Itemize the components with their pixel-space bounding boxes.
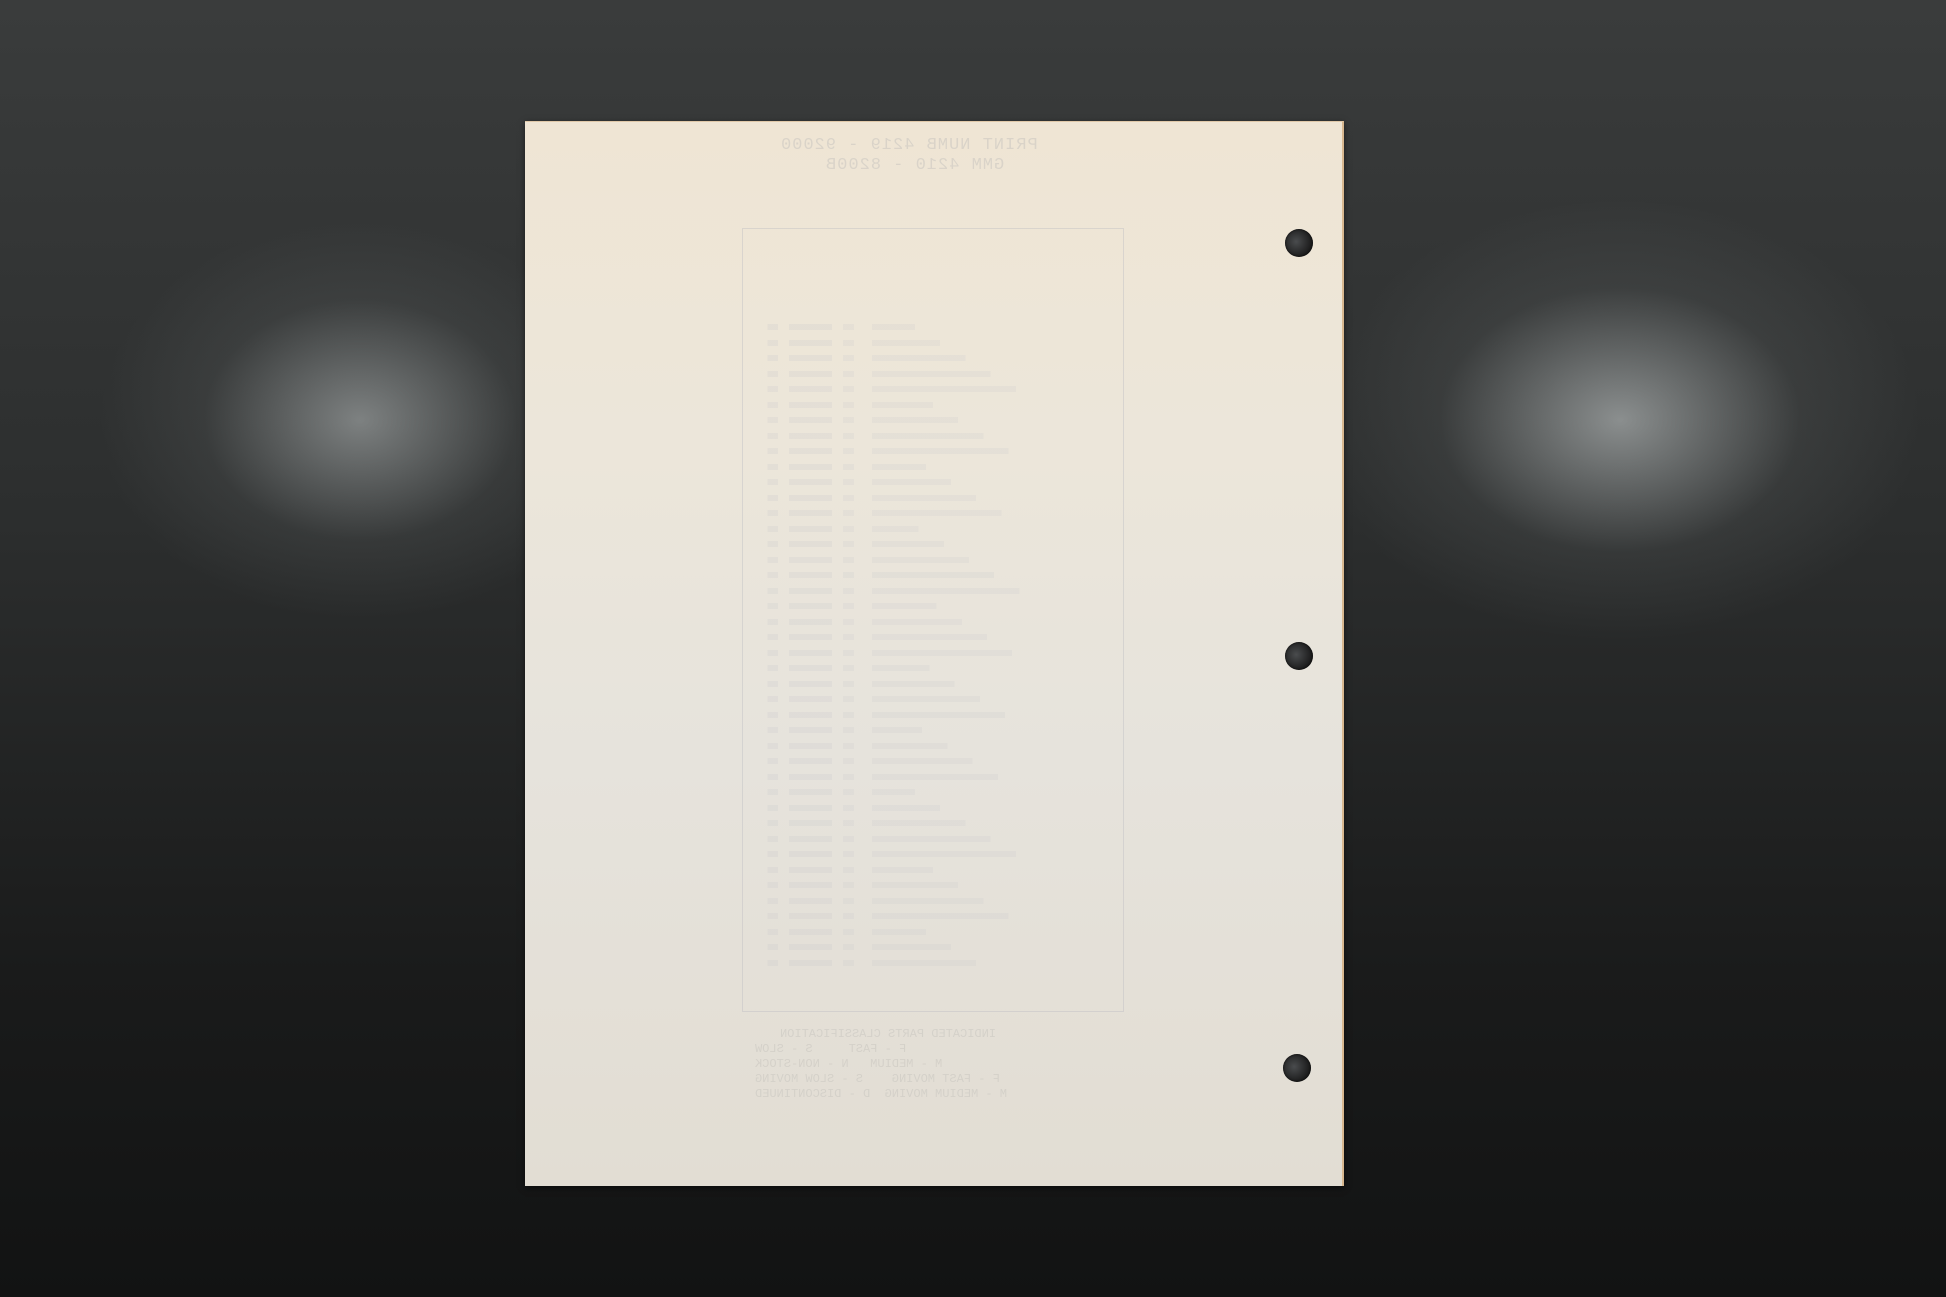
show-through-legend-line-5: M - MEDIUM MOVING D - DISCONTINUED bbox=[755, 1087, 1007, 1101]
show-through-row bbox=[753, 846, 1113, 862]
show-through-row bbox=[753, 831, 1113, 847]
show-through-row bbox=[753, 412, 1113, 428]
show-through-row bbox=[753, 924, 1113, 940]
show-through-row bbox=[753, 366, 1113, 382]
show-through-parts-table bbox=[742, 228, 1124, 1012]
show-through-row bbox=[753, 676, 1113, 692]
show-through-row bbox=[753, 567, 1113, 583]
show-through-row bbox=[753, 490, 1113, 506]
show-through-legend-line-1: INDICATED PARTS CLASSIFICATION bbox=[780, 1027, 996, 1041]
show-through-row bbox=[753, 722, 1113, 738]
show-through-row bbox=[753, 645, 1113, 661]
show-through-row bbox=[753, 908, 1113, 924]
show-through-row bbox=[753, 474, 1113, 490]
show-through-row bbox=[753, 443, 1113, 459]
show-through-row bbox=[753, 614, 1113, 630]
show-through-row bbox=[753, 800, 1113, 816]
show-through-legend-line-4: F - FAST MOVING S - SLOW MOVING bbox=[755, 1072, 1000, 1086]
show-through-row bbox=[753, 536, 1113, 552]
show-through-row bbox=[753, 381, 1113, 397]
show-through-row bbox=[753, 505, 1113, 521]
show-through-row bbox=[753, 459, 1113, 475]
show-through-row bbox=[753, 753, 1113, 769]
show-through-row bbox=[753, 583, 1113, 599]
punch-hole-middle bbox=[1285, 642, 1313, 670]
show-through-row bbox=[753, 319, 1113, 335]
show-through-row bbox=[753, 784, 1113, 800]
show-through-legend-line-3: M - MEDIUM N - NON-STOCK bbox=[755, 1057, 942, 1071]
show-through-row bbox=[753, 552, 1113, 568]
show-through-row bbox=[753, 350, 1113, 366]
show-through-row bbox=[753, 691, 1113, 707]
show-through-row bbox=[753, 877, 1113, 893]
show-through-row bbox=[753, 893, 1113, 909]
show-through-row bbox=[753, 660, 1113, 676]
show-through-row bbox=[753, 598, 1113, 614]
show-through-row bbox=[753, 521, 1113, 537]
show-through-row bbox=[753, 862, 1113, 878]
show-through-row bbox=[753, 815, 1113, 831]
show-through-row bbox=[753, 738, 1113, 754]
show-through-title-line-1: PRINT NUMB 4219 - 92000 bbox=[780, 136, 1038, 155]
punch-hole-top bbox=[1285, 229, 1313, 257]
show-through-row bbox=[753, 428, 1113, 444]
show-through-row bbox=[753, 397, 1113, 413]
show-through-row bbox=[753, 335, 1113, 351]
show-through-row bbox=[753, 939, 1113, 955]
punch-hole-bottom bbox=[1283, 1054, 1311, 1082]
paper-sheet: PRINT NUMB 4219 - 92000 GMM 4210 - 8200B… bbox=[525, 121, 1344, 1186]
show-through-legend-line-2: F - FAST S - SLOW bbox=[755, 1042, 906, 1056]
show-through-row bbox=[753, 707, 1113, 723]
show-through-row bbox=[753, 769, 1113, 785]
show-through-row bbox=[753, 955, 1113, 971]
show-through-row bbox=[753, 629, 1113, 645]
show-through-table-rows bbox=[753, 319, 1113, 970]
show-through-title-line-2: GMM 4210 - 8200B bbox=[825, 156, 1004, 175]
